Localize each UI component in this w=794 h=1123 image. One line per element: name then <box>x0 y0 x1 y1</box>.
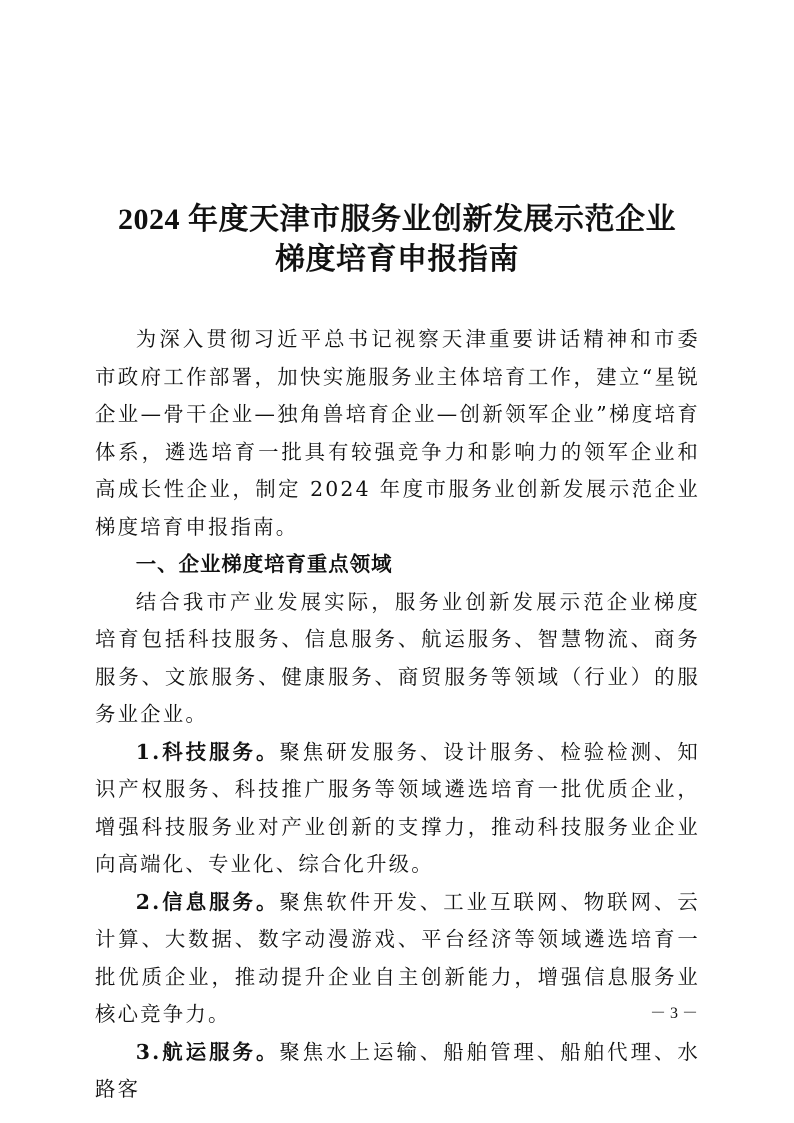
item-lead: 3.航运服务。 <box>136 1040 280 1064</box>
item-paragraph: 2.信息服务。聚焦软件开发、工业互联网、物联网、云计算、大数据、数字动漫游戏、平… <box>95 884 700 1034</box>
section-paragraph: 结合我市产业发展实际，服务业创新发展示范企业梯度培育包括科技服务、信息服务、航运… <box>95 584 700 734</box>
item-lead: 2.信息服务。 <box>136 890 280 914</box>
intro-paragraph: 为深入贯彻习近平总书记视察天津重要讲话精神和市委市政府工作部署，加快实施服务业主… <box>95 321 700 546</box>
document-title-line2: 梯度培育申报指南 <box>0 240 794 280</box>
document-body: 为深入贯彻习近平总书记视察天津重要讲话精神和市委市政府工作部署，加快实施服务业主… <box>95 321 700 1109</box>
document-title-line1: 2024 年度天津市服务业创新发展示范企业 <box>0 200 794 240</box>
page-number: － 3 － <box>650 1000 698 1023</box>
item-lead: 1.科技服务。 <box>136 740 280 764</box>
section-heading: 一、企业梯度培育重点领域 <box>95 546 700 584</box>
item-paragraph: 3.航运服务。聚焦水上运输、船舶管理、船舶代理、水路客 <box>95 1034 700 1109</box>
item-paragraph: 1.科技服务。聚焦研发服务、设计服务、检验检测、知识产权服务、科技推广服务等领域… <box>95 734 700 884</box>
